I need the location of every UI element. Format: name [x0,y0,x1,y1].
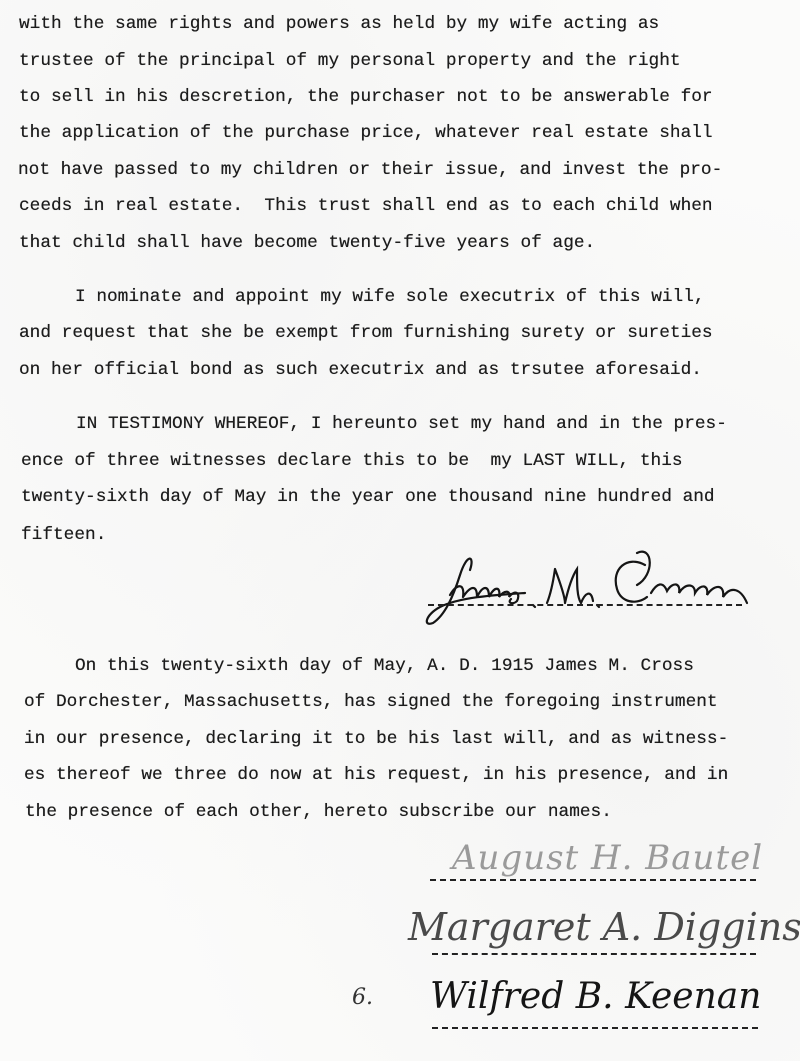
witness-signature-1: August H. Bautel [452,838,763,878]
text-line: that child shall have become twenty-five… [19,233,595,253]
text-line: ence of three witnesses declare this to … [21,451,683,471]
witness-signature-line-2 [432,953,756,955]
text-line: twenty-sixth day of May in the year one … [21,487,715,507]
text-line: the presence of each other, hereto subsc… [25,802,612,822]
text-line: on her official bond as such executrix a… [19,360,702,380]
margin-annotation: 6. [352,985,373,1010]
witness-signature-2: Margaret A. Diggins [408,905,800,949]
testator-signature-line [428,604,742,606]
witness-signature-line-3 [432,1027,758,1029]
text-line: the application of the purchase price, w… [19,123,713,143]
text-line: and request that she be exempt from furn… [19,323,713,343]
text-line: not have passed to my children or their … [18,160,722,180]
text-line: I nominate and appoint my wife sole exec… [75,287,705,307]
text-line: es thereof we three do now at his reques… [24,765,728,785]
witness-signature-3: Wilfred B. Keenan [430,976,761,1017]
witness-signature-line-1 [430,879,756,881]
text-line: of Dorchester, Massachusetts, has signed… [24,692,718,712]
testator-signature-icon [405,545,800,630]
document-page: with the same rights and powers as held … [0,0,800,1061]
text-line: in our presence, declaring it to be his … [24,729,728,749]
text-line: IN TESTIMONY WHEREOF, I hereunto set my … [76,414,727,434]
text-line: trustee of the principal of my personal … [19,51,681,71]
text-line: ceeds in real estate. This trust shall e… [19,196,713,216]
text-line: fifteen. [21,525,106,545]
text-line: to sell in his descretion, the purchaser… [19,87,713,107]
text-line: On this twenty-sixth day of May, A. D. 1… [75,656,694,676]
text-line: with the same rights and powers as held … [19,14,659,34]
